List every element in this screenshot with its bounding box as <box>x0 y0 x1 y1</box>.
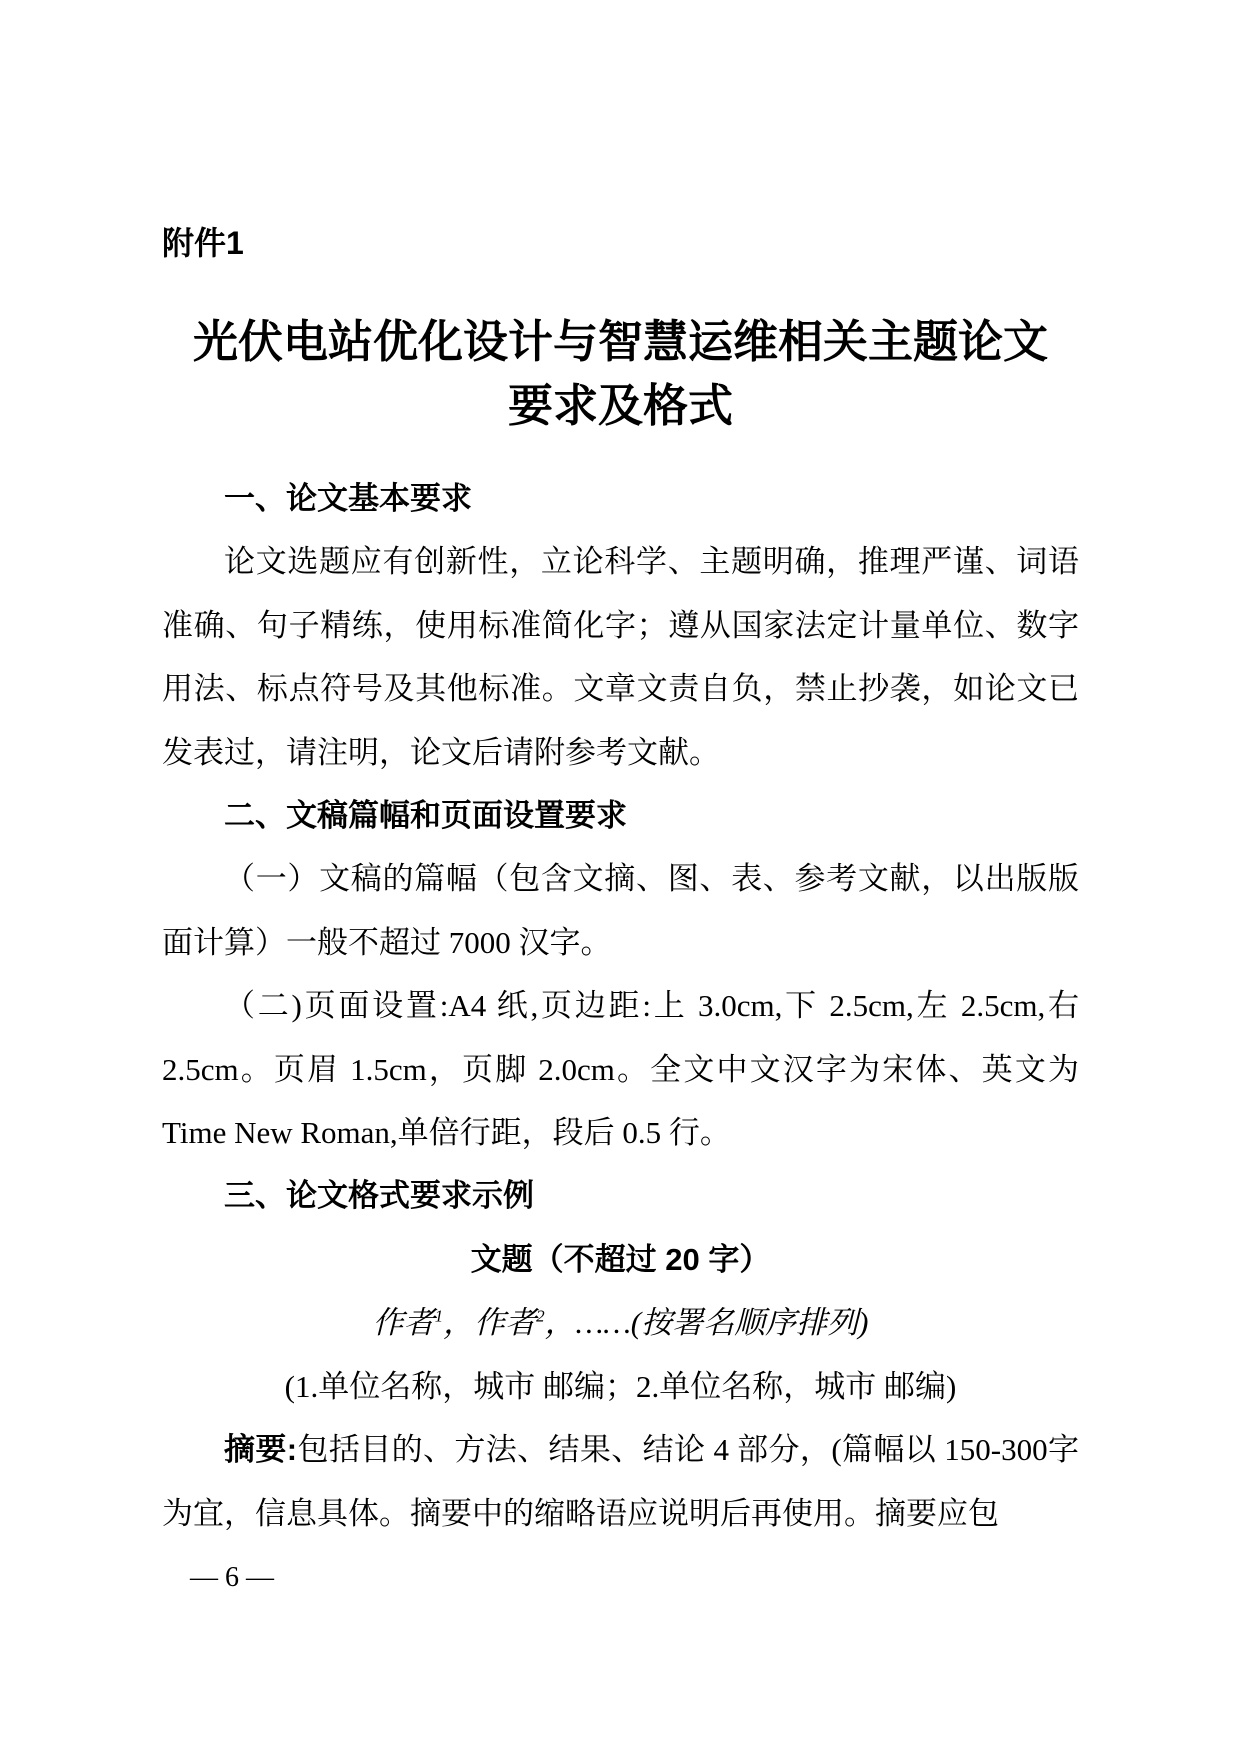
example-abstract: 摘要:包括目的、方法、结果、结论 4 部分，(篇幅以 150-300字为宜，信息… <box>162 1418 1079 1545</box>
abstract-label: 摘要: <box>224 1432 297 1467</box>
section-2-heading: 二、文稿篇幅和页面设置要求 <box>162 784 1079 847</box>
author-separator: ，作者 <box>443 1305 536 1340</box>
section-2-paragraph-2: （二)页面设置:A4 纸,页边距:上 3.0cm,下 2.5cm,左 2.5cm… <box>162 974 1079 1164</box>
section-1-heading: 一、论文基本要求 <box>162 467 1079 530</box>
section-1-paragraph: 论文选题应有创新性，立论科学、主题明确，推理严谨、词语准确、句子精练，使用标准简… <box>162 530 1079 784</box>
authors-note: ，……(按署名顺序排列) <box>545 1305 869 1340</box>
document-page: 附件1 光伏电站优化设计与智慧运维相关主题论文 要求及格式 一、论文基本要求 论… <box>0 0 1241 1754</box>
author-1-superscript: 1 <box>435 1307 444 1326</box>
document-title-line-2: 要求及格式 <box>0 374 1241 438</box>
abstract-text: 包括目的、方法、结果、结论 4 部分，(篇幅以 150-300字为宜，信息具体。… <box>162 1432 1079 1530</box>
author-2-superscript: 2 <box>536 1307 545 1326</box>
author-1: 作者 <box>373 1305 435 1340</box>
example-authors-line: 作者1，作者2，……(按署名顺序排列) <box>162 1291 1079 1354</box>
page-number: — 6 — <box>190 1560 274 1596</box>
attachment-label: 附件1 <box>162 224 244 262</box>
document-body: 一、论文基本要求 论文选题应有创新性，立论科学、主题明确，推理严谨、词语准确、句… <box>162 467 1079 1545</box>
section-2-paragraph-1: （一）文稿的篇幅（包含文摘、图、表、参考文献，以出版版面计算）一般不超过 700… <box>162 847 1079 974</box>
document-title-line-1: 光伏电站优化设计与智慧运维相关主题论文 <box>0 310 1241 374</box>
example-affiliation-line: (1.单位名称，城市 邮编；2.单位名称，城市 邮编) <box>162 1355 1079 1418</box>
document-title: 光伏电站优化设计与智慧运维相关主题论文 要求及格式 <box>0 310 1241 438</box>
section-3-heading: 三、论文格式要求示例 <box>162 1164 1079 1227</box>
example-paper-title: 文题（不超过 20 字） <box>162 1228 1079 1291</box>
